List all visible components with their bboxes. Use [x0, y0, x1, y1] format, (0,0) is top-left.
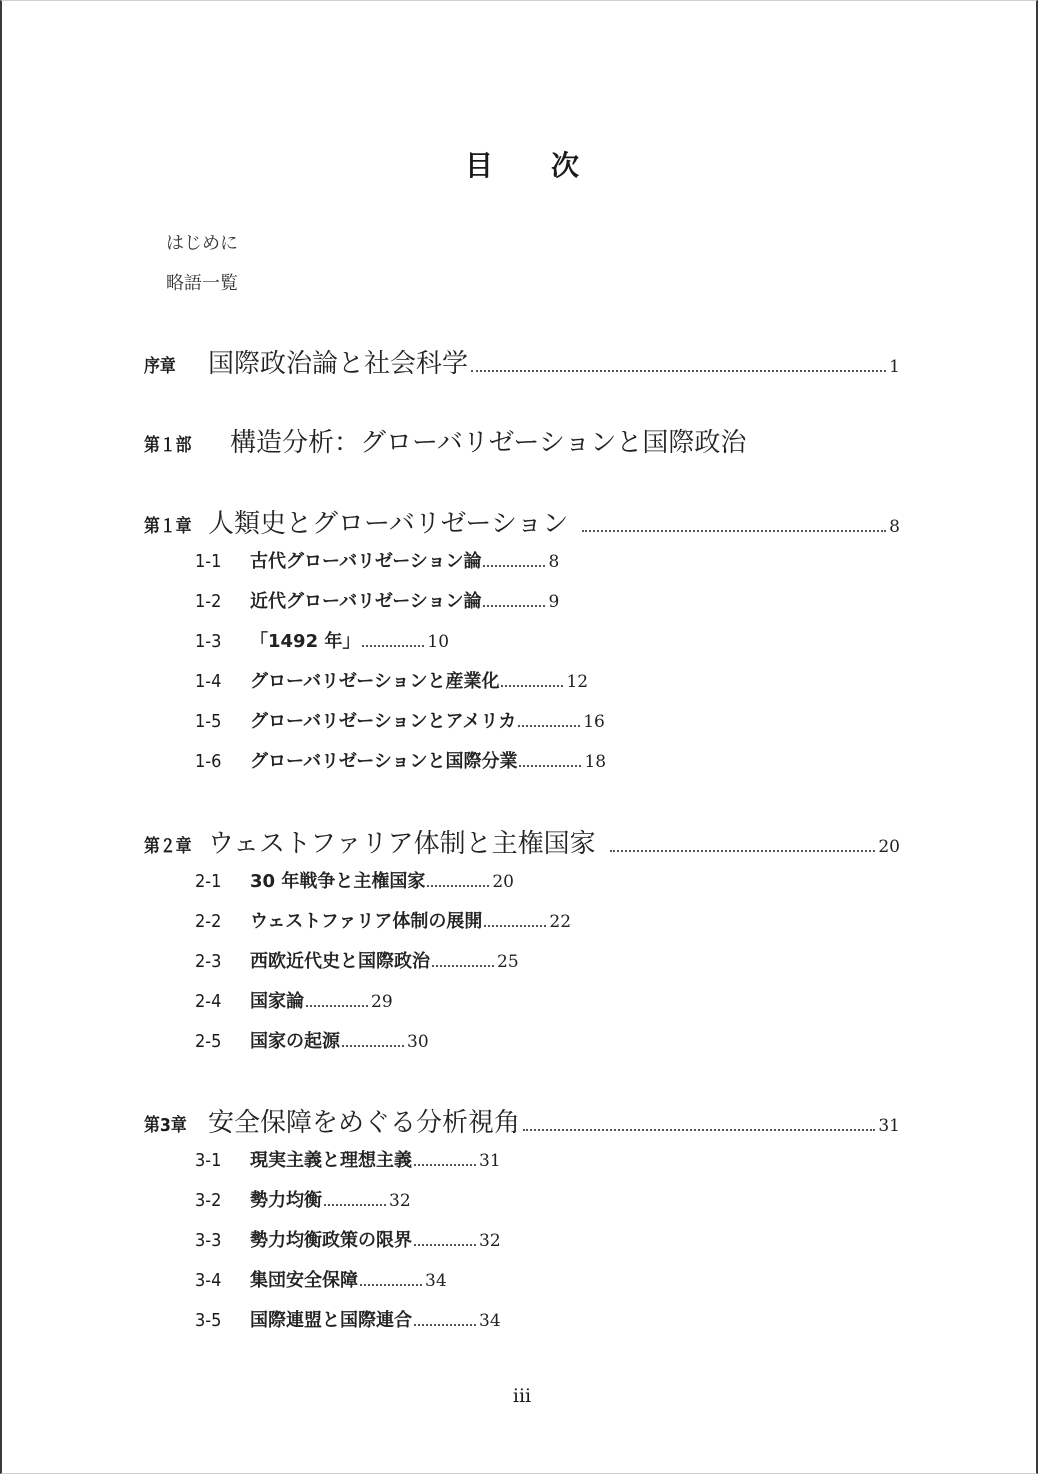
- page-number: 30: [407, 1032, 429, 1052]
- section-title: 現実主義と理想主義: [250, 1146, 412, 1172]
- dot-leader: [483, 565, 545, 567]
- toc-entry-preface[interactable]: はじめに: [166, 229, 238, 255]
- dot-leader: [414, 1164, 476, 1166]
- page-number: 22: [549, 912, 571, 932]
- section-title: 西欧近代史と国際政治: [250, 947, 430, 973]
- chapter-title: 人類史とグローバリゼーション: [208, 503, 568, 540]
- page-number: 29: [371, 992, 393, 1012]
- section-title: グローバリゼーションとアメリカ: [250, 707, 516, 733]
- toc-section-3-4[interactable]: 3-4 集団安全保障 34: [195, 1266, 447, 1292]
- section-number: 3-4: [195, 1270, 245, 1291]
- page-number: 25: [497, 952, 519, 972]
- section-title: 近代グローバリゼーション論: [250, 587, 481, 613]
- section-title: 国際連盟と国際連合: [250, 1306, 412, 1332]
- section-title: 勢力均衡政策の限界: [250, 1226, 412, 1252]
- dot-leader: [519, 765, 581, 767]
- section-number: 1-2: [195, 591, 245, 612]
- section-number: 2-5: [195, 1031, 245, 1052]
- section-number: 1-6: [195, 751, 245, 772]
- page-number: 9: [548, 592, 559, 612]
- section-number: 1-1: [195, 551, 245, 572]
- section-title: グローバリゼーションと国際分業: [250, 747, 517, 773]
- title-char-1: 目: [465, 144, 493, 184]
- toc-section-1-4[interactable]: 1-4 グローバリゼーションと産業化 12: [195, 667, 588, 693]
- dot-leader: [306, 1005, 368, 1007]
- chapter-title: ウェストファリア体制と主権国家: [208, 823, 596, 860]
- page-number: 32: [479, 1231, 501, 1251]
- toc-section-2-1[interactable]: 2-1 30 年戦争と主権国家 20: [195, 867, 514, 893]
- toc-section-2-4[interactable]: 2-4 国家論 29: [195, 987, 393, 1013]
- toc-part-1[interactable]: 第１部 構造分析：グローバリゼーションと国際政治: [144, 422, 746, 459]
- page-number: 31: [479, 1151, 501, 1171]
- toc-section-1-3[interactable]: 1-3 「1492 年」 10: [195, 627, 449, 653]
- dot-leader: [342, 1045, 404, 1047]
- dot-leader: [324, 1204, 386, 1206]
- toc-section-2-5[interactable]: 2-5 国家の起源 30: [195, 1027, 429, 1053]
- page-number: 16: [583, 712, 605, 732]
- chapter-label: 第3章: [144, 1111, 200, 1137]
- toc-chapter-2[interactable]: 第２章 ウェストファリア体制と主権国家 20: [144, 823, 900, 860]
- section-number: 3-1: [195, 1150, 245, 1171]
- dot-leader: [414, 1244, 476, 1246]
- page-number: 8: [548, 552, 559, 572]
- dot-leader: [414, 1324, 476, 1326]
- dot-leader: [362, 645, 424, 647]
- part-title: 構造分析：グローバリゼーションと国際政治: [230, 422, 746, 459]
- page-number: 10: [427, 632, 449, 652]
- section-title: 30 年戦争と主権国家: [250, 867, 425, 893]
- section-number: 2-2: [195, 911, 245, 932]
- page-title: 目次: [2, 144, 1040, 184]
- dot-leader: [427, 885, 489, 887]
- toc-section-3-1[interactable]: 3-1 現実主義と理想主義 31: [195, 1146, 501, 1172]
- toc-chapter-3[interactable]: 第3章 安全保障をめぐる分析視角 31: [144, 1102, 900, 1139]
- toc-section-1-1[interactable]: 1-1 古代グローバリゼーション論 8: [195, 547, 559, 573]
- page-number: 1: [889, 357, 900, 377]
- chapter-label: 第１章: [144, 512, 200, 538]
- toc-section-1-5[interactable]: 1-5 グローバリゼーションとアメリカ 16: [195, 707, 605, 733]
- page-number: 34: [479, 1311, 501, 1331]
- section-number: 3-5: [195, 1310, 245, 1331]
- toc-section-3-3[interactable]: 3-3 勢力均衡政策の限界 32: [195, 1226, 501, 1252]
- chapter-title: 国際政治論と社会科学: [208, 343, 468, 380]
- chapter-label: 序章: [144, 352, 200, 378]
- chapter-label: 第２章: [144, 832, 200, 858]
- page-number: 32: [389, 1191, 411, 1211]
- part-label: 第１部: [144, 431, 220, 457]
- section-number: 2-4: [195, 991, 245, 1012]
- dot-leader: [610, 850, 876, 852]
- toc-entry-intro[interactable]: 序章 国際政治論と社会科学 1: [144, 343, 900, 380]
- section-number: 1-3: [195, 631, 245, 652]
- section-title: グローバリゼーションと産業化: [250, 667, 499, 693]
- section-number: 1-4: [195, 671, 245, 692]
- document-page: 目次 はじめに 略語一覧 序章 国際政治論と社会科学 1 第１部 構造分析：グロ…: [0, 0, 1038, 1474]
- section-title: 「1492 年」: [250, 627, 360, 653]
- page-number: 8: [889, 517, 900, 537]
- toc-chapter-1[interactable]: 第１章 人類史とグローバリゼーション 8: [144, 503, 900, 540]
- dot-leader: [471, 370, 886, 372]
- section-number: 3-2: [195, 1190, 245, 1211]
- section-title: ウェストファリア体制の展開: [250, 907, 482, 933]
- page-number: 20: [492, 872, 514, 892]
- dot-leader: [484, 925, 546, 927]
- toc-entry-abbreviations[interactable]: 略語一覧: [166, 269, 238, 295]
- toc-section-2-2[interactable]: 2-2 ウェストファリア体制の展開 22: [195, 907, 571, 933]
- page-folio: iii: [2, 1385, 1040, 1407]
- page-number: 18: [584, 752, 606, 772]
- dot-leader: [518, 725, 580, 727]
- section-title: 国家の起源: [250, 1027, 340, 1053]
- page-number: 34: [425, 1271, 447, 1291]
- page-number: 31: [878, 1116, 900, 1136]
- section-number: 1-5: [195, 711, 245, 732]
- dot-leader: [582, 530, 886, 532]
- dot-leader: [432, 965, 494, 967]
- dot-leader: [523, 1129, 875, 1131]
- title-char-2: 次: [551, 144, 579, 184]
- chapter-title: 安全保障をめぐる分析視角: [208, 1102, 520, 1139]
- dot-leader: [501, 685, 563, 687]
- dot-leader: [360, 1284, 422, 1286]
- section-title: 古代グローバリゼーション論: [250, 547, 481, 573]
- section-number: 3-3: [195, 1230, 245, 1251]
- toc-section-1-6[interactable]: 1-6 グローバリゼーションと国際分業 18: [195, 747, 606, 773]
- section-title: 国家論: [250, 987, 304, 1013]
- page-number: 12: [566, 672, 588, 692]
- section-title: 勢力均衡: [250, 1186, 322, 1212]
- section-title: 集団安全保障: [250, 1266, 358, 1292]
- dot-leader: [483, 605, 545, 607]
- section-number: 2-1: [195, 871, 245, 892]
- page-number: 20: [878, 837, 900, 857]
- toc-section-3-2[interactable]: 3-2 勢力均衡 32: [195, 1186, 411, 1212]
- section-number: 2-3: [195, 951, 245, 972]
- toc-section-2-3[interactable]: 2-3 西欧近代史と国際政治 25: [195, 947, 519, 973]
- toc-section-3-5[interactable]: 3-5 国際連盟と国際連合 34: [195, 1306, 501, 1332]
- toc-section-1-2[interactable]: 1-2 近代グローバリゼーション論 9: [195, 587, 559, 613]
